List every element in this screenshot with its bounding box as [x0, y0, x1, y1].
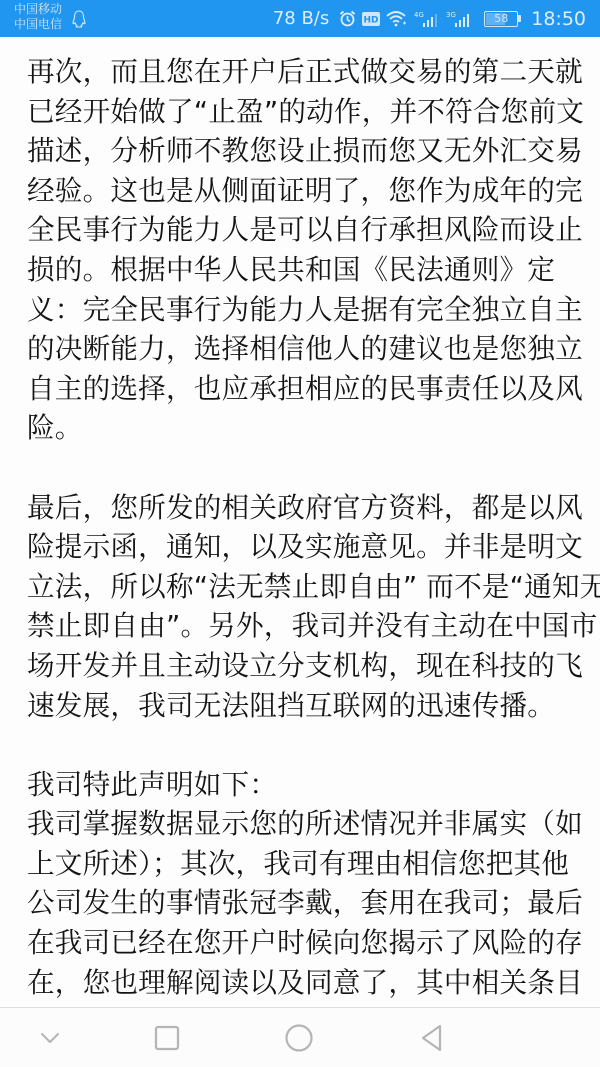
text-line: 损的。根据中华人民共和国《民法通则》定: [27, 250, 579, 290]
navigation-bar: [0, 1007, 600, 1067]
chevron-down-icon: [39, 1031, 61, 1045]
text-line: 禁止即自由”。另外，我司并没有主动在中国市: [27, 606, 579, 646]
text-line: 全民事行为能力人是可以自行承担风险而设止: [27, 210, 579, 250]
svg-text:3G: 3G: [446, 11, 456, 19]
text-line: 再次，而且您在开户后正式做交易的第二天就: [27, 52, 579, 92]
text-line: 已经开始做了“止盈”的动作，并不符合您前文: [27, 92, 579, 132]
svg-text:4G: 4G: [414, 11, 424, 19]
triangle-back-icon: [419, 1023, 445, 1053]
text-line: 险提示函，通知，以及实施意见。并非是明文: [27, 527, 579, 567]
signal-3g-icon: 3G: [446, 10, 472, 28]
home-button[interactable]: [283, 1022, 315, 1054]
text-line: 义：完全民事行为能力人是据有完全独立自主: [27, 290, 579, 330]
text-line: 我司掌握数据显示您的所述情况并非属实（如: [27, 804, 579, 844]
back-button[interactable]: [416, 1022, 448, 1054]
paragraph-spacer: [27, 725, 579, 765]
paragraph-3: 我司特此声明如下： 我司掌握数据显示您的所述情况并非属实（如 上文所述）；其次，…: [27, 765, 579, 1003]
text-line: 立法，所以称“法无禁止即自由” 而不是“通知无: [27, 567, 579, 607]
square-icon: [154, 1025, 180, 1051]
text-line: 我司特此声明如下：: [27, 765, 579, 805]
alarm-icon: [339, 10, 356, 27]
text-line: 最后，您所发的相关政府官方资料，都是以风: [27, 488, 579, 528]
text-line: 上文所述）；其次，我司有理由相信您把其他: [27, 844, 579, 884]
wifi-icon: [386, 10, 408, 27]
text-line: 在，您也理解阅读以及同意了，其中相关条目: [27, 963, 579, 1003]
paragraph-1: 再次，而且您在开户后正式做交易的第二天就 已经开始做了“止盈”的动作，并不符合您…: [27, 52, 579, 448]
battery-indicator: 58: [478, 11, 521, 27]
text-line: 经验。这也是从侧面证明了，您作为成年的完: [27, 171, 579, 211]
carrier-2: 中国电信: [14, 17, 62, 32]
status-icons: 78 B/s HD 4G: [273, 0, 586, 37]
svg-text:HD: HD: [364, 15, 379, 25]
paragraph-spacer: [27, 448, 579, 488]
article-body: 再次，而且您在开户后正式做交易的第二天就 已经开始做了“止盈”的动作，并不符合您…: [27, 52, 579, 1002]
status-bar: 中国移动 中国电信 78 B/s HD: [0, 0, 600, 37]
text-line: 场开发并且主动设立分支机构，现在科技的飞: [27, 646, 579, 686]
carrier-1: 中国移动: [14, 2, 62, 17]
text-line: 公司发生的事情张冠李戴，套用在我司；最后: [27, 883, 579, 923]
clock: 18:50: [531, 8, 586, 30]
hd-icon: HD: [362, 12, 380, 26]
paragraph-2: 最后，您所发的相关政府官方资料，都是以风 险提示函，通知，以及实施意见。并非是明…: [27, 488, 579, 726]
network-speed: 78 B/s: [273, 8, 329, 29]
text-line: 描述，分析师不教您设止损而您又无外汇交易: [27, 131, 579, 171]
circle-icon: [284, 1023, 314, 1053]
qq-penguin-icon: [72, 10, 86, 28]
battery-level: 58: [494, 12, 508, 25]
carrier-info: 中国移动 中国电信: [14, 2, 62, 32]
text-line: 在我司已经在您开户时候向您揭示了风险的存: [27, 923, 579, 963]
battery-icon: 58: [484, 11, 518, 27]
text-line: 速发展，我司无法阻挡互联网的迅速传播。: [27, 686, 579, 726]
hide-nav-button[interactable]: [34, 1022, 66, 1054]
signal-4g-icon: 4G: [414, 10, 440, 28]
recents-button[interactable]: [151, 1022, 183, 1054]
text-line: 险。: [27, 408, 579, 448]
text-line: 的决断能力，选择相信他人的建议也是您独立: [27, 329, 579, 369]
text-line: 自主的选择，也应承担相应的民事责任以及风: [27, 369, 579, 409]
